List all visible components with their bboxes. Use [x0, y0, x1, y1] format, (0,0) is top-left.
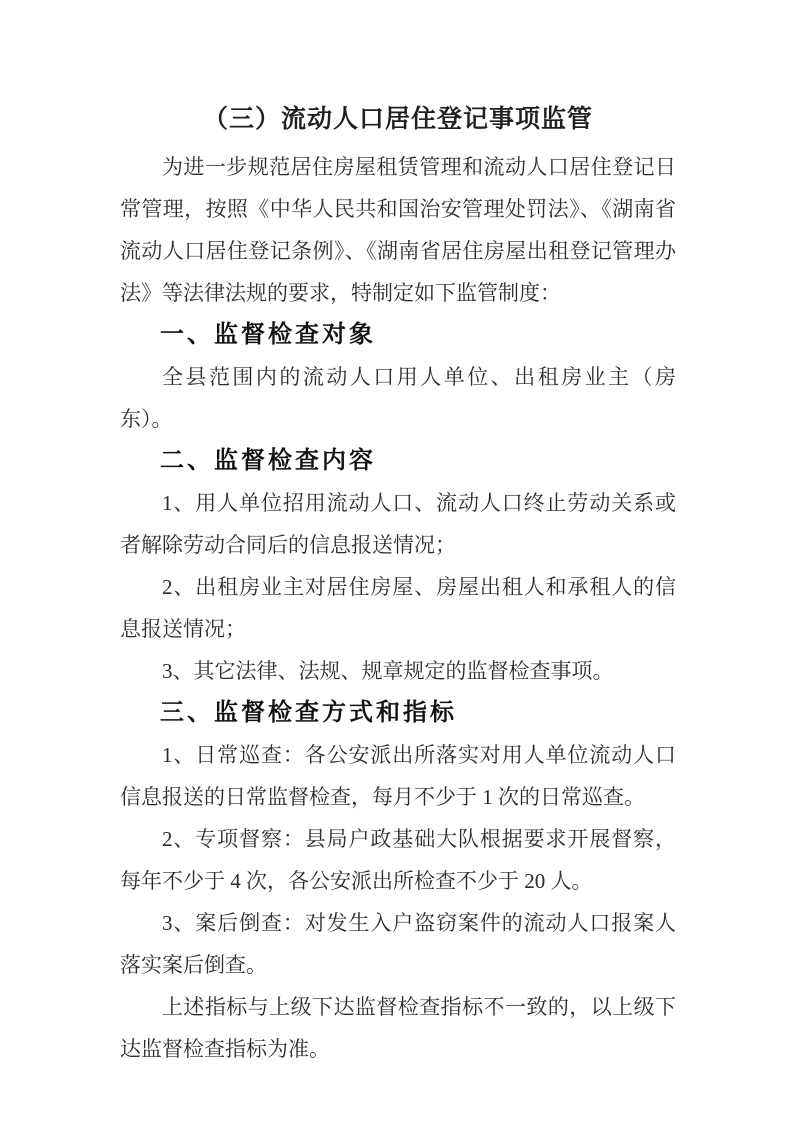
- document-page: （三）流动人口居住登记事项监管 为进一步规范居住房屋租赁管理和流动人口居住登记日…: [0, 0, 793, 1122]
- section-heading: 二、监督检查内容: [120, 440, 676, 482]
- paragraph: 全县范围内的流动人口用人单位、出租房业主（房东）。: [120, 356, 676, 440]
- paragraph: 为进一步规范居住房屋租赁管理和流动人口居住登记日常管理，按照《中华人民共和国治安…: [120, 146, 676, 314]
- section-heading: 三、监督检查方式和指标: [120, 692, 676, 734]
- paragraph: 2、专项督察：县局户政基础大队根据要求开展督察，每年不少于 4 次，各公安派出所…: [120, 818, 676, 902]
- section-heading: 一、监督检查对象: [120, 314, 676, 356]
- paragraph: 3、案后倒查：对发生入户盗窃案件的流动人口报案人落实案后倒查。: [120, 902, 676, 986]
- paragraph: 2、出租房业主对居住房屋、房屋出租人和承租人的信息报送情况；: [120, 566, 676, 650]
- document-title: （三）流动人口居住登记事项监管: [120, 99, 676, 141]
- paragraph: 1、日常巡查：各公安派出所落实对用人单位流动人口信息报送的日常监督检查，每月不少…: [120, 734, 676, 818]
- paragraph: 3、其它法律、法规、规章规定的监督检查事项。: [120, 650, 676, 692]
- document-body: 为进一步规范居住房屋租赁管理和流动人口居住登记日常管理，按照《中华人民共和国治安…: [120, 146, 676, 1070]
- paragraph: 上述指标与上级下达监督检查指标不一致的，以上级下达监督检查指标为准。: [120, 986, 676, 1070]
- paragraph: 1、用人单位招用流动人口、流动人口终止劳动关系或者解除劳动合同后的信息报送情况；: [120, 482, 676, 566]
